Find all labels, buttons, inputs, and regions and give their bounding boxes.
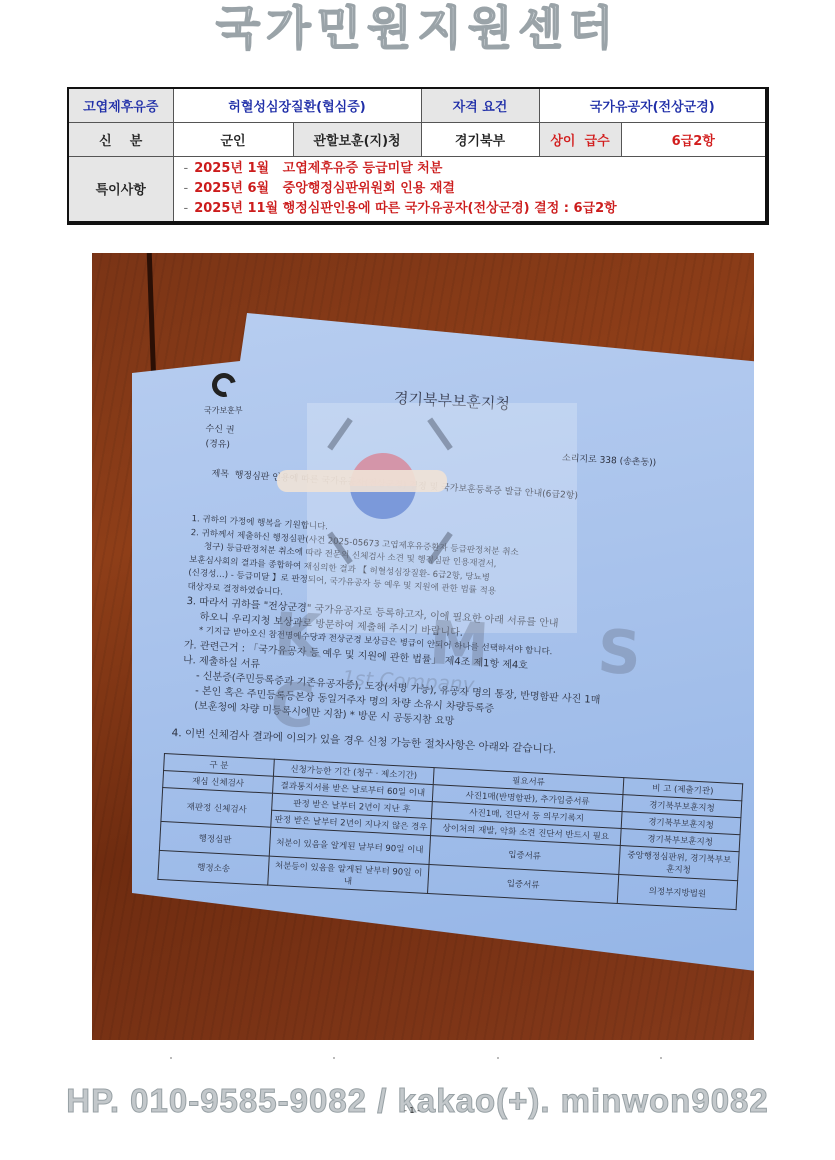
note-item: -2025년 6월 중앙행정심판위원회 인용 재결 — [184, 179, 756, 199]
summary-row-notes: 특이사항 -2025년 1월 고엽제후유증 등급미달 처분 -2025년 6월 … — [68, 156, 767, 223]
notes-list: -2025년 1월 고엽제후유증 등급미달 처분 -2025년 6월 중앙행정심… — [173, 156, 767, 223]
category-label: 고엽제후유증 — [68, 88, 173, 122]
qualification-label: 자격 요건 — [421, 88, 539, 122]
summary-row-disease: 고엽제후유증 허혈성심장질환(협심증) 자격 요건 국가유공자(전상군경) — [68, 88, 767, 122]
note-item: -2025년 11월 행정심판인용에 따른 국가유공자(전상군경) 결정 : 6… — [184, 199, 756, 219]
document-photo: 국가보훈부 경기북부보훈지청 수신 권 (경유) 소리지로 338 (송촌동))… — [92, 253, 754, 1040]
summary-row-status: 신 분 군인 관할보훈(지)청 경기북부 상이 급수 6급2항 — [68, 122, 767, 156]
office-label: 관할보훈(지)청 — [293, 122, 421, 156]
grade-value: 6급2항 — [621, 122, 767, 156]
notes-label: 특이사항 — [68, 156, 173, 223]
qualification-value: 국가유공자(전상군경) — [539, 88, 767, 122]
center-title: 국가민원지원센터 — [0, 0, 835, 62]
page-number: - 1 - — [404, 1106, 420, 1115]
divider-dot — [170, 1057, 172, 1059]
ministry-name: 국가보훈부 — [204, 405, 243, 416]
via-line: (경유) — [205, 436, 230, 450]
divider-dot — [333, 1057, 335, 1059]
case-summary-table: 고엽제후유증 허혈성심장질환(협심증) 자격 요건 국가유공자(전상군경) 신 … — [67, 87, 769, 225]
divider-dot — [497, 1057, 499, 1059]
status-label: 신 분 — [68, 122, 173, 156]
redacted-name — [277, 470, 447, 492]
recipient-line: 수신 권 — [205, 421, 235, 436]
grade-label: 상이 급수 — [539, 122, 621, 156]
procedure-table: 구 분 신청가능한 기간 (청구 · 제소기간) 필요서류 비 고 (제출기관)… — [157, 753, 743, 910]
status-value: 군인 — [173, 122, 293, 156]
divider-dot — [660, 1057, 662, 1059]
office-value: 경기북부 — [421, 122, 539, 156]
disease-value: 허혈성심장질환(협심증) — [173, 88, 421, 122]
note-item: -2025년 1월 고엽제후유증 등급미달 처분 — [184, 159, 756, 179]
ministry-logo-icon — [208, 369, 241, 402]
